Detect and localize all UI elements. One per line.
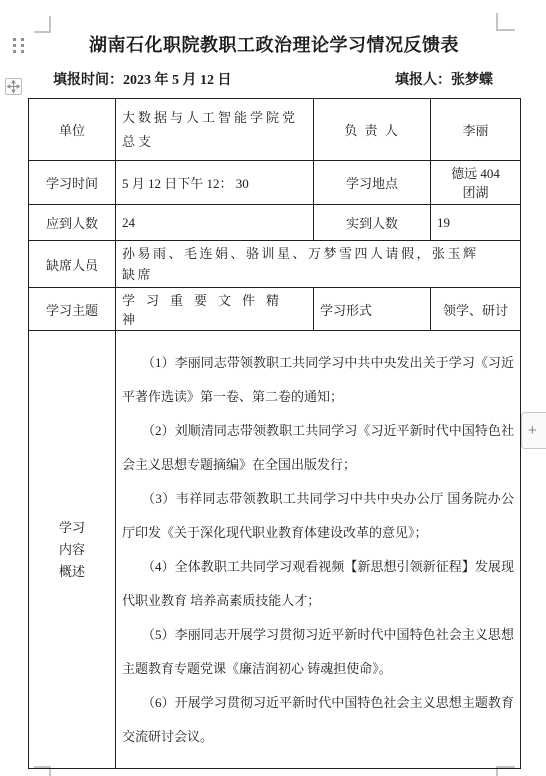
summary-label[interactable]: 学习 内容 概述 (29, 331, 116, 769)
table-row-summary: 学习 内容 概述 （1）李丽同志带领教职工共同学习中共中央发出关于学习《习近平著… (29, 331, 521, 769)
insert-plus-button[interactable]: + (521, 412, 546, 449)
expected-count-label[interactable]: 应到人数 (29, 205, 116, 241)
summary-paragraph[interactable]: （2）刘顺清同志带领教职工共同学习《习近平新时代中国特色社会主义思想专题摘编》在… (122, 414, 514, 482)
fill-time-field[interactable]: 填报时间：2023 年 5 月 12 日 (53, 69, 232, 89)
actual-count-value[interactable]: 19 (431, 205, 521, 241)
unit-value[interactable]: 大数据与人工智能学院党 总支 (116, 99, 314, 161)
study-place-label[interactable]: 学习地点 (314, 161, 431, 205)
feedback-table: 单位 大数据与人工智能学院党 总支 负 责 人 李丽 学习时间 5 月 12 日… (28, 98, 521, 769)
summary-paragraph[interactable]: （3）韦祥同志带领教职工共同学习中共中央办公厅 国务院办公厅印发《关于深化现代职… (122, 482, 514, 550)
document-page: + 湖南石化职院教职工政治理论学习情况反馈表 填报时间：2023 年 5 月 1… (0, 0, 546, 776)
study-topic-label[interactable]: 学习主题 (29, 288, 116, 331)
actual-count-label[interactable]: 实到人数 (314, 205, 431, 241)
unit-label[interactable]: 单位 (29, 99, 116, 161)
study-topic-value[interactable]: 学习重要文件精神 (116, 288, 314, 331)
responsible-value[interactable]: 李丽 (431, 99, 521, 161)
table-row-unit: 单位 大数据与人工智能学院党 总支 负 责 人 李丽 (29, 99, 521, 161)
summary-content[interactable]: （1）李丽同志带领教职工共同学习中共中央发出关于学习《习近平著作选读》第一卷、第… (116, 331, 521, 769)
four-way-move-icon (7, 80, 20, 93)
text-boundary-mark-top-right (496, 13, 515, 31)
expected-count-value[interactable]: 24 (116, 205, 314, 241)
table-row-absent: 缺席人员 孙易雨、毛连娟、骆训星、万梦雪四人请假，张玉辉 缺席 (29, 241, 521, 288)
summary-paragraph[interactable]: （6）开展学习贯彻习近平新时代中国特色社会主义思想主题教育交流研讨会议。 (122, 686, 514, 754)
study-time-value[interactable]: 5 月 12 日下午 12： 30 (116, 161, 314, 205)
study-form-label[interactable]: 学习形式 (314, 288, 431, 331)
table-row-topic: 学习主题 学习重要文件精神 学习形式 领学、研讨 (29, 288, 521, 331)
table-move-handle[interactable] (5, 78, 22, 95)
summary-paragraph[interactable]: （1）李丽同志带领教职工共同学习中共中央发出关于学习《习近平著作选读》第一卷、第… (122, 346, 514, 414)
summary-paragraph[interactable]: （4）全体教职工共同学习观看视频【新思想引领新征程】发展现代职业教育 培养高素质… (122, 550, 514, 618)
study-place-value[interactable]: 德远 404 团湖 (431, 161, 521, 205)
table-row-time: 学习时间 5 月 12 日下午 12： 30 学习地点 德远 404 团湖 (29, 161, 521, 205)
study-time-label[interactable]: 学习时间 (29, 161, 116, 205)
document-title[interactable]: 湖南石化职院教职工政治理论学习情况反馈表 (28, 31, 520, 57)
report-meta-row: 填报时间：2023 年 5 月 12 日 填报人：张梦蝶 (53, 69, 493, 89)
table-row-attendance: 应到人数 24 实到人数 19 (29, 205, 521, 241)
summary-paragraph[interactable]: （5）李丽同志开展学习贯彻习近平新时代中国特色社会主义思想主题教育专题党课《廉洁… (122, 618, 514, 686)
absent-value[interactable]: 孙易雨、毛连娟、骆训星、万梦雪四人请假，张玉辉 缺席 (116, 241, 521, 288)
study-form-value[interactable]: 领学、研讨 (431, 288, 521, 331)
absent-label[interactable]: 缺席人员 (29, 241, 116, 288)
drag-dots-icon[interactable] (13, 38, 24, 53)
filler-field[interactable]: 填报人：张梦蝶 (395, 69, 493, 89)
responsible-label[interactable]: 负 责 人 (314, 99, 431, 161)
